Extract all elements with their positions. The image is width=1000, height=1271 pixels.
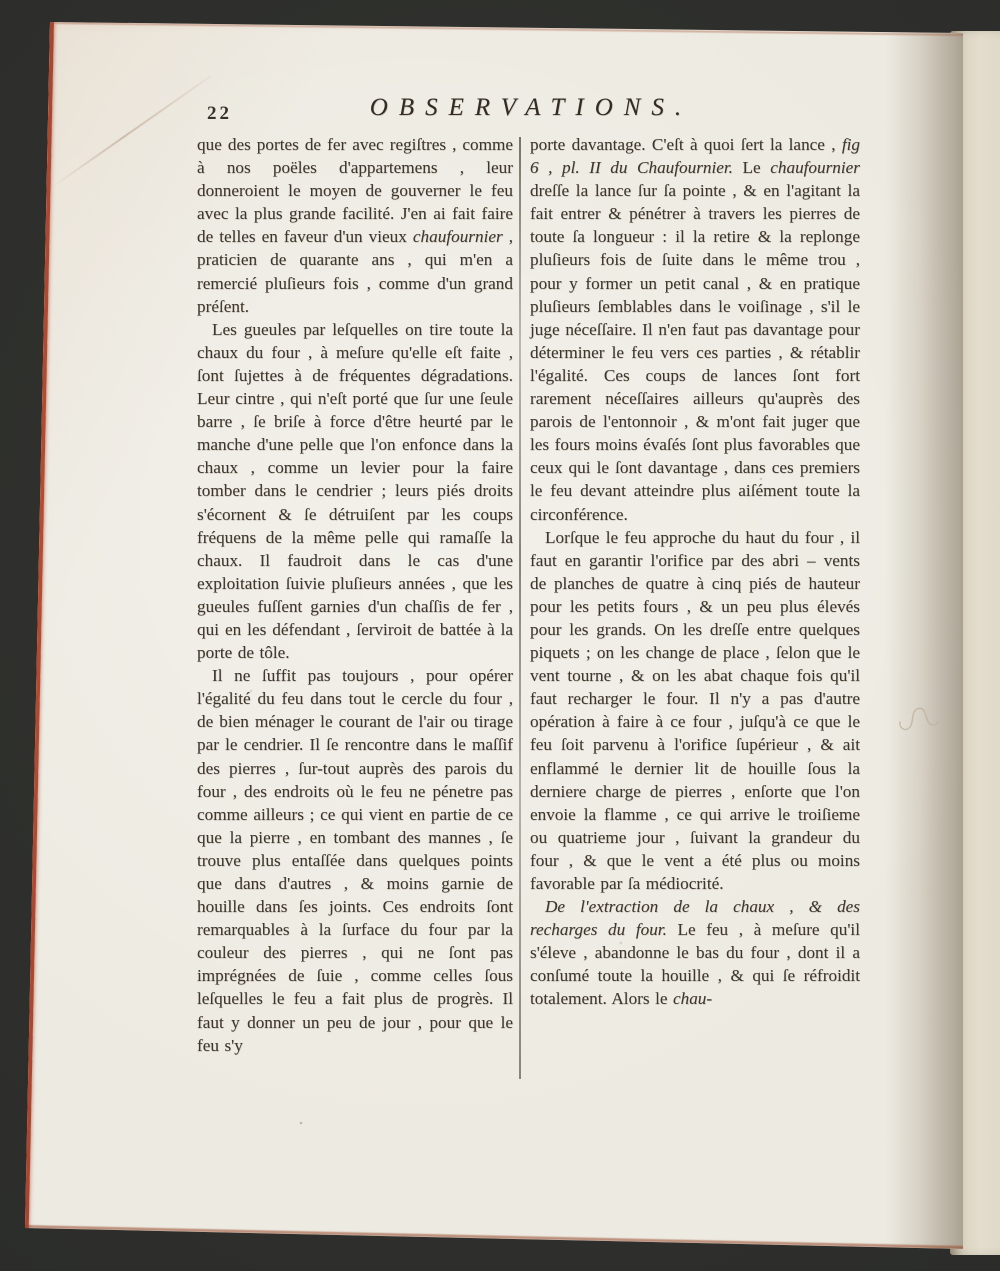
text-segment: chaufournier <box>413 227 503 246</box>
red-fore-edge-top <box>50 22 964 36</box>
text-column-left: que des portes de fer avec regiſtres , c… <box>197 133 513 1057</box>
gutter-shadow <box>885 20 963 1252</box>
book-page: 22 OBSERVATIONS. que des portes de fer a… <box>0 0 1000 1271</box>
text-segment: Le <box>733 158 770 177</box>
red-fore-edge-left <box>25 22 54 1230</box>
paragraph: Lorſque le feu approche du haut du four … <box>530 526 860 896</box>
page-number: 22 <box>207 103 232 125</box>
text-segment: Il ne ſuffit pas toujours , pour opérer … <box>197 666 513 1055</box>
text-segment: Lorſque le feu approche du haut du four … <box>530 528 860 893</box>
text-segment: porte davantage. C'eſt à quoi ſert la la… <box>530 135 842 154</box>
text-block: que des portes de fer avec regiſtres , c… <box>197 133 865 1083</box>
text-segment: chau- <box>673 989 712 1008</box>
paragraph: Les gueules par leſquelles on tire toute… <box>197 318 513 664</box>
page-header: 22 OBSERVATIONS. <box>197 94 865 128</box>
red-fore-edge-bottom <box>25 1225 965 1249</box>
photo-background: 22 OBSERVATIONS. que des portes de fer a… <box>0 0 1000 1271</box>
text-segment: chaufournier <box>770 158 860 177</box>
page-crease <box>52 75 212 188</box>
paragraph: que des portes de fer avec regiſtres , c… <box>197 133 513 318</box>
paragraph: De l'extraction de la chaux , & des rech… <box>530 895 860 1010</box>
margin-hairline-mark <box>898 700 950 734</box>
text-segment: dreſſe la lance ſur ſa pointe , & en l'a… <box>530 181 860 523</box>
column-divider <box>519 137 521 1079</box>
paper-specks <box>0 0 2 2</box>
running-title: OBSERVATIONS. <box>197 94 865 122</box>
text-segment: Les gueules par leſquelles on tire toute… <box>197 320 513 662</box>
paragraph: Il ne ſuffit pas toujours , pour opérer … <box>197 664 513 1057</box>
text-column-right: porte davantage. C'eſt à quoi ſert la la… <box>530 133 860 1011</box>
paragraph: porte davantage. C'eſt à quoi ſert la la… <box>530 133 860 526</box>
